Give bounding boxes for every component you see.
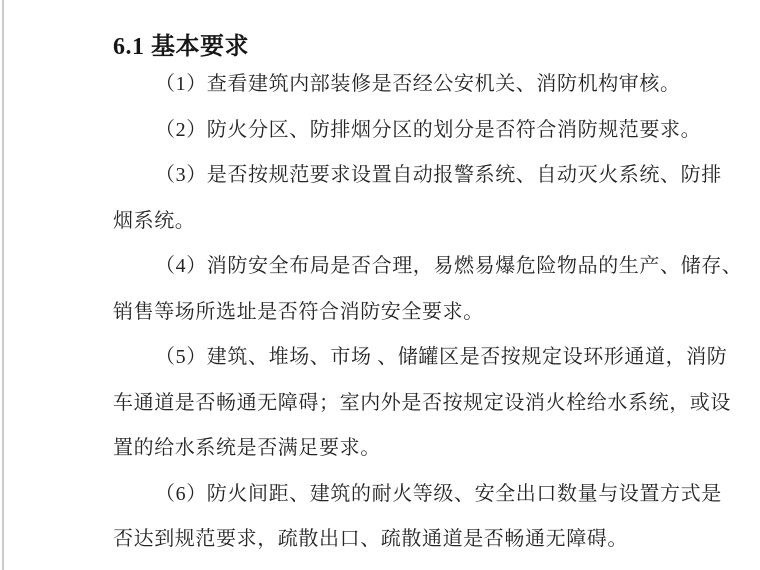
paragraph-5: （5）建筑、堆场、市场 、储罐区是否按规定设环形通道，消防 车通道是否畅通无障碍… bbox=[113, 335, 673, 472]
paragraph-line: 置的给水系统是否满足要求。 bbox=[113, 426, 673, 472]
paragraph-line: （4）消防安全布局是否合理，易燃易爆危险物品的生产、储存、 bbox=[113, 244, 673, 290]
paragraph-line: 烟系统。 bbox=[113, 199, 673, 245]
paragraph-line: （5）建筑、堆场、市场 、储罐区是否按规定设环形通道，消防 bbox=[113, 335, 673, 381]
left-page-border bbox=[2, 0, 4, 570]
paragraph-3: （3）是否按规范要求设置自动报警系统、自动灭火系统、防排 烟系统。 bbox=[113, 153, 673, 244]
paragraph-2: （2）防火分区、防排烟分区的划分是否符合消防规范要求。 bbox=[113, 108, 673, 154]
paragraph-6: （6）防火间距、建筑的耐火等级、安全出口数量与设置方式是 否达到规范要求，疏散出… bbox=[113, 472, 673, 563]
paragraph-line: （1）查看建筑内部装修是否经公安机关、消防机构审核。 bbox=[113, 62, 673, 108]
paragraph-line: 销售等场所选址是否符合消防安全要求。 bbox=[113, 290, 673, 336]
paragraph-line: （3）是否按规范要求设置自动报警系统、自动灭火系统、防排 bbox=[113, 153, 673, 199]
paragraph-line: 否达到规范要求，疏散出口、疏散通道是否畅通无障碍。 bbox=[113, 517, 673, 563]
document-page: 6.1 基本要求 （1）查看建筑内部装修是否经公安机关、消防机构审核。 （2）防… bbox=[0, 0, 760, 570]
paragraph-1: （1）查看建筑内部装修是否经公安机关、消防机构审核。 bbox=[113, 62, 673, 108]
paragraph-4: （4）消防安全布局是否合理，易燃易爆危险物品的生产、储存、 销售等场所选址是否符… bbox=[113, 244, 673, 335]
paragraph-line: （2）防火分区、防排烟分区的划分是否符合消防规范要求。 bbox=[113, 108, 673, 154]
document-body: （1）查看建筑内部装修是否经公安机关、消防机构审核。 （2）防火分区、防排烟分区… bbox=[113, 62, 673, 563]
paragraph-line: 车通道是否畅通无障碍；室内外是否按规定设消火栓给水系统，或设 bbox=[113, 381, 673, 427]
paragraph-line: （6）防火间距、建筑的耐火等级、安全出口数量与设置方式是 bbox=[113, 472, 673, 518]
section-title: 6.1 基本要求 bbox=[113, 26, 249, 61]
